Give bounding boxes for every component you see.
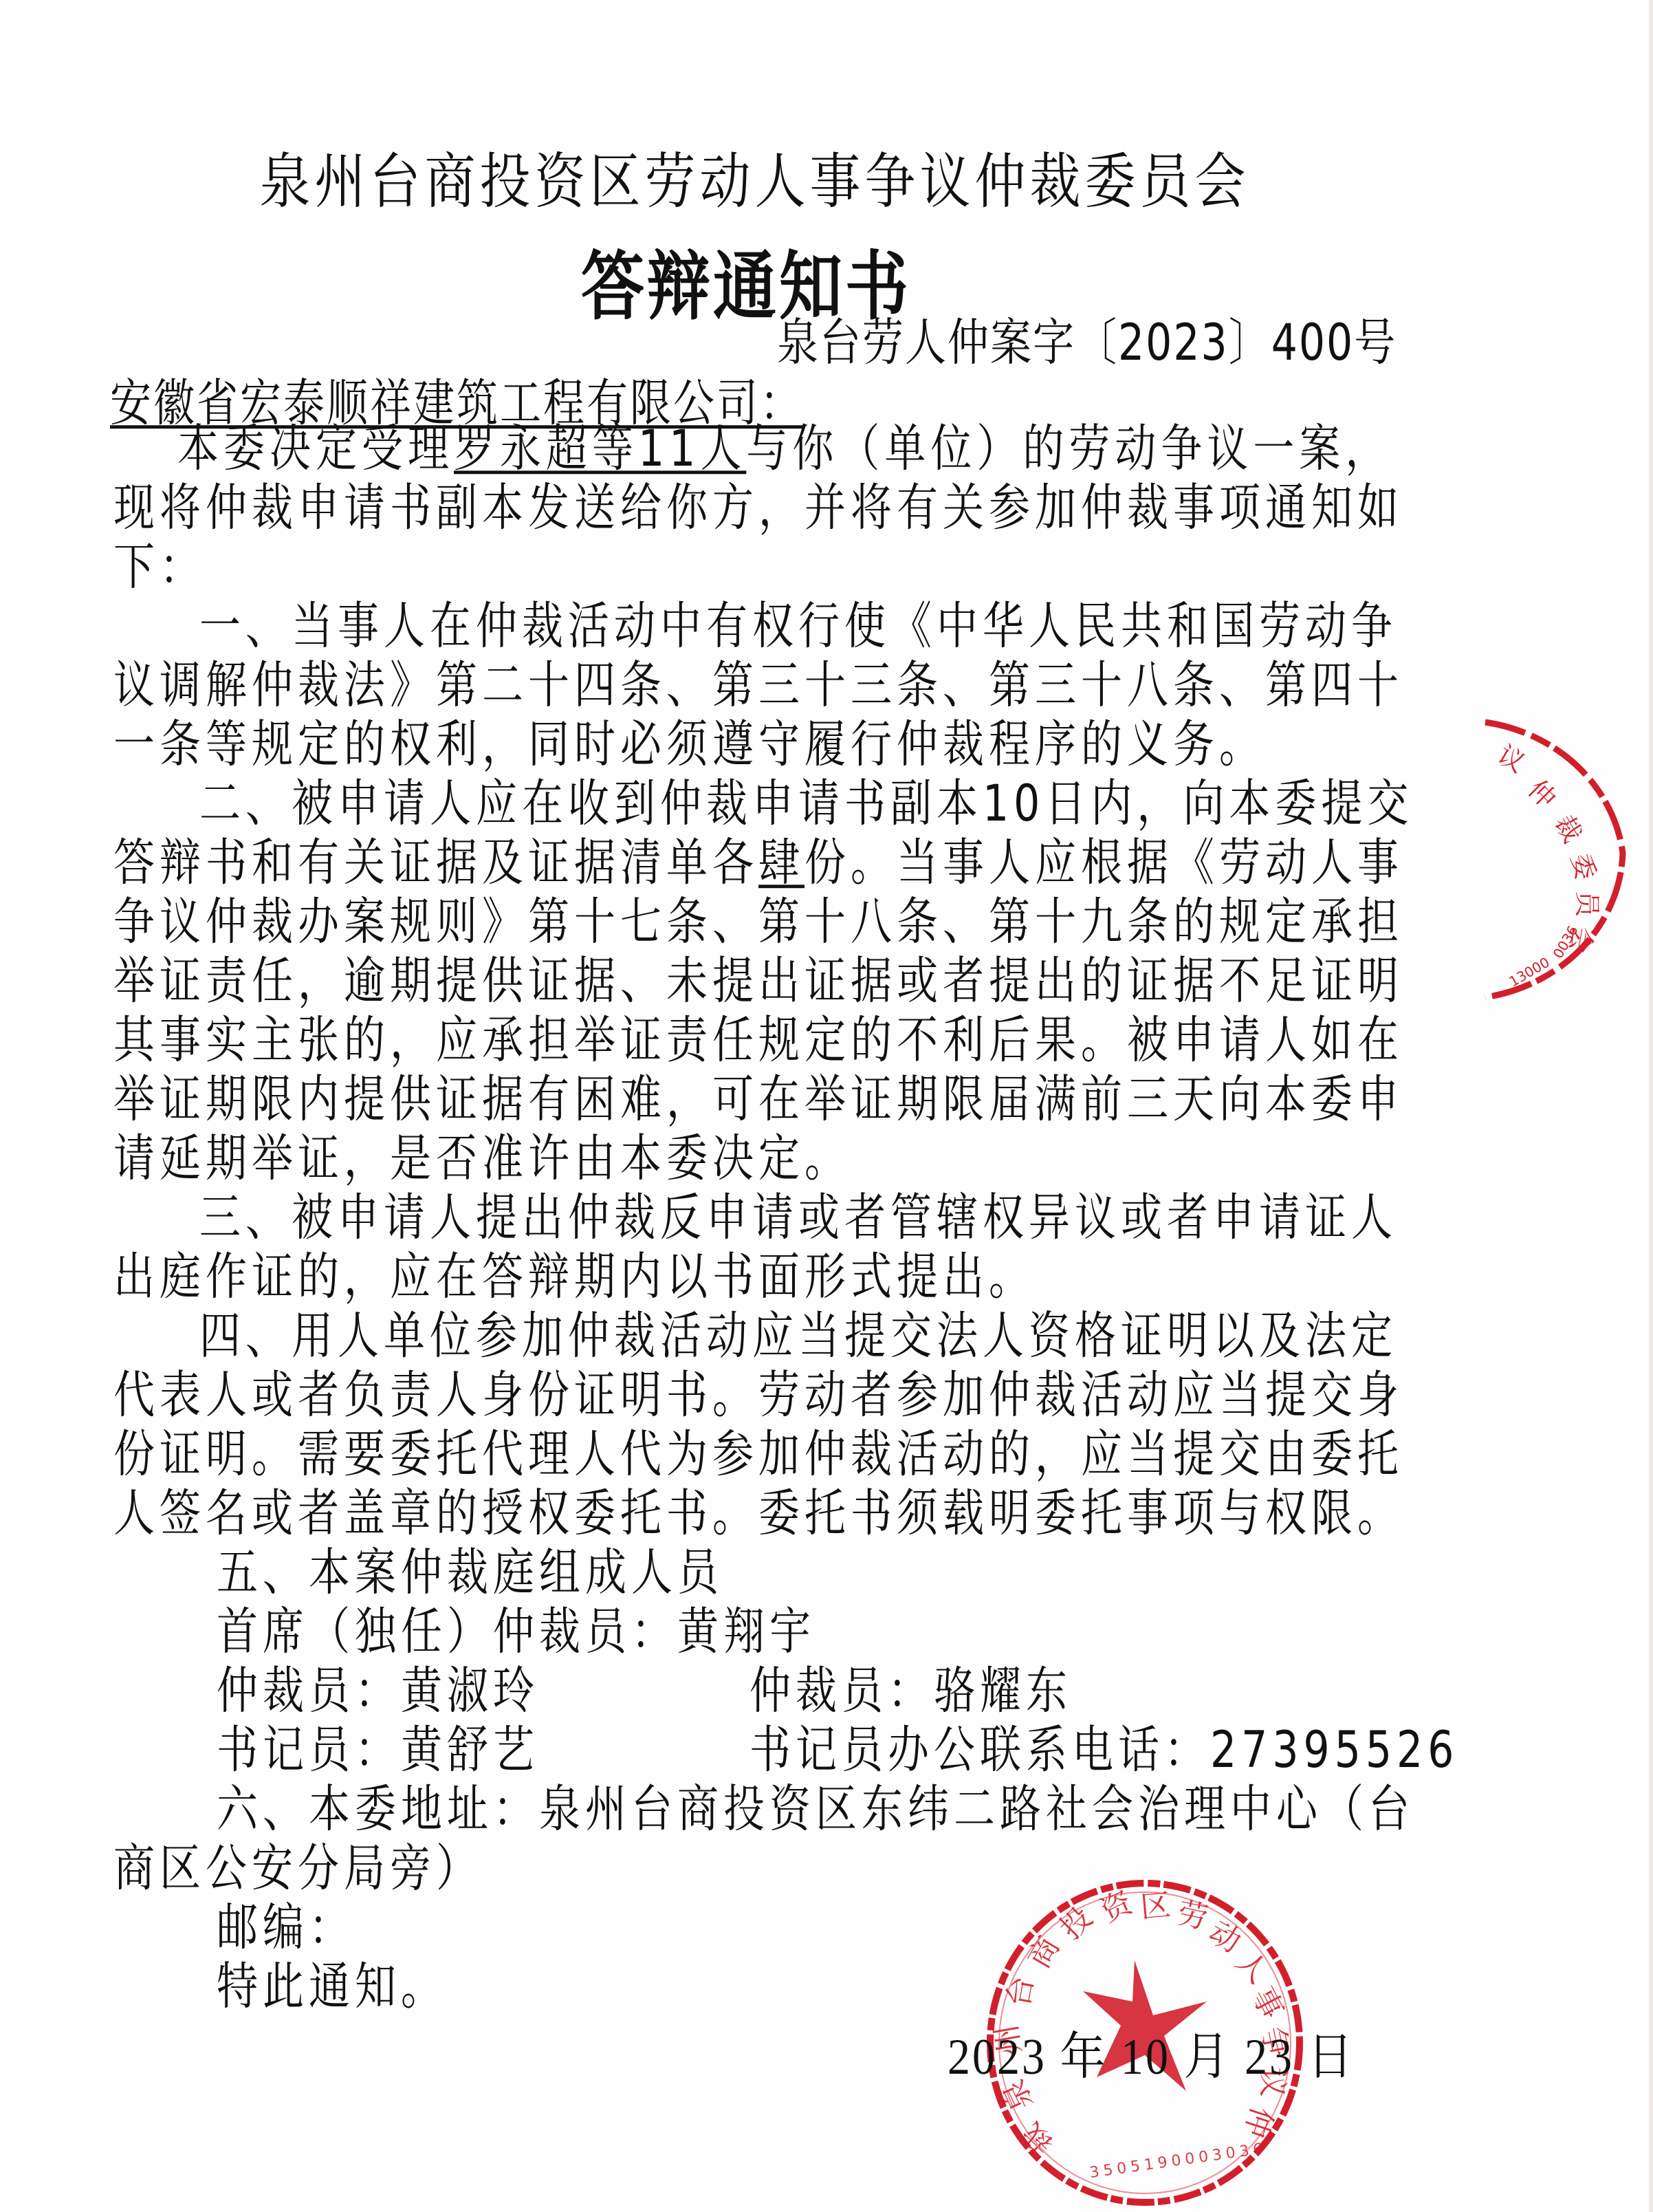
svg-text:议: 议 [1493,739,1531,779]
svg-text:3505190003036: 3505190003036 [1088,2140,1268,2182]
clerk-line: 书记员：黄舒艺 [217,1725,539,1775]
org-header: 泉州台商投资区劳动人事争议仲裁委员会 [0,134,1324,220]
item2-line-7: 请延期举证，是否准许由本委决定。 [113,1134,851,1184]
item1-line-2: 议调解仲裁法》第二十四条、第三十三条、第三十八条、第四十 [113,660,1403,711]
svg-text:人: 人 [1229,1944,1275,1991]
svg-text:区: 区 [1139,1887,1172,1925]
case-number: 泉台劳人仲案字〔2023〕400号 [777,303,1397,375]
document-page: 泉州台商投资区劳动人事争议仲裁委员会 答辩通知书 泉台劳人仲案字〔2023〕40… [0,0,1653,2212]
intro-line-3: 下： [113,542,206,592]
item2-line-4: 举证责任，逾期提供证据、未提出证据或者提出的证据不足证明 [113,956,1403,1006]
item4-line-4: 人签名或者盖章的授权委托书。委托书须载明委托事项与权限。 [113,1488,1403,1539]
svg-text:劳: 劳 [1174,1896,1212,1936]
svg-text:委: 委 [1565,850,1601,883]
item4-line-2: 代表人或者负责人身份证明书。劳动者参加仲裁活动应当提交身 [113,1370,1403,1420]
item1-line-3: 一条等规定的权利，同时必须遵守履行仲裁程序的义务。 [113,719,1265,770]
svg-text:0036: 0036 [1550,922,1581,961]
arbitrator1-name: 黄淑玲 [401,1662,539,1720]
arbitrator1-line: 仲裁员：黄淑玲 [217,1666,539,1716]
chief-arbitrator-label: 首席（独任）仲裁员： [217,1603,677,1661]
arbitrator2-label: 仲裁员： [749,1662,934,1720]
clerk-phone-label: 书记员办公联系电话： [749,1721,1210,1779]
copy-count: 肆 [758,834,804,892]
item2-text: 份。当事人应根据《劳动人事 [804,834,1403,892]
svg-text:动: 动 [1203,1914,1247,1960]
issue-date: 2023 年 10 月 23 日 [948,2015,1355,2088]
svg-text:裁: 裁 [1015,2116,1061,2162]
edge-seal-icon: 议 仲 裁 委 员 会 0036 13000 [1458,695,1653,1025]
intro-text: 与你（单位）的劳动争议一案， [746,420,1391,478]
clerk-name: 黄舒艺 [401,1721,539,1779]
svg-text:台: 台 [1001,1974,1041,2010]
item2-line-2: 答辩书和有关证据及证据清单各肆份。当事人应根据《劳动人事 [113,838,1403,888]
item2-line-5: 其事实主张的，应承担举证责任规定的不利后果。被申请人如在 [113,1015,1403,1065]
chief-arbitrator-line: 首席（独任）仲裁员：黄翔宇 [217,1607,815,1657]
svg-text:仲: 仲 [1522,774,1562,814]
svg-text:商: 商 [1021,1931,1066,1975]
applicant-names: 罗永超等11人 [454,420,746,478]
clerk-phone: 27395526 [1210,1721,1458,1779]
page-edge-shadow [1649,0,1653,2212]
arbitrator2-name: 骆耀东 [934,1662,1072,1720]
item2-line-1: 二、被申请人应在收到仲裁申请书副本10日内，向本委提交 [199,779,1413,829]
item4-line-3: 份证明。需要委托代理人代为参加仲裁活动的，应当提交由委托 [113,1429,1403,1479]
intro-line-2: 现将仲裁申请书副本发送给你方，并将有关参加仲裁事项通知如 [113,483,1403,533]
item4-line-1: 四、用人单位参加仲裁活动应当提交法人资格证明以及法定 [199,1311,1397,1361]
svg-text:仲: 仲 [1237,2103,1280,2143]
svg-text:投: 投 [1053,1900,1099,1947]
item2-line-6: 举证期限内提供证据有困难，可在举证期限届满前三天向本委申 [113,1074,1403,1125]
item5-heading: 五、本案仲裁庭组成人员 [217,1548,723,1598]
postcode-line: 邮编： [217,1902,355,1953]
svg-text:员: 员 [1572,891,1602,919]
clerk-label: 书记员： [217,1721,401,1779]
chief-arbitrator-name: 黄翔宇 [677,1603,815,1661]
clerk-phone-line: 书记员办公联系电话：27395526 [749,1725,1458,1775]
closing-line: 特此通知。 [217,1962,447,2012]
svg-text:裁: 裁 [1548,810,1588,848]
svg-text:资: 资 [1095,1885,1138,1929]
arbitrator2-line: 仲裁员：骆耀东 [749,1666,1072,1716]
arbitrator1-label: 仲裁员： [217,1662,401,1720]
item3-line-1: 三、被申请人提出仲裁反申请或者管辖权异议或者申请证人 [199,1193,1397,1243]
item6-line-1: 六、本委地址：泉州台商投资区东纬二路社会治理中心（台 [217,1784,1414,1834]
postcode-label: 邮编： [217,1898,355,1957]
item3-line-2: 出庭作证的，应在答辩期内以书面形式提出。 [113,1252,1035,1302]
item6-line-2: 商区公安分局旁） [113,1843,482,1894]
intro-line-1: 本委决定受理罗永超等11人与你（单位）的劳动争议一案， [177,424,1391,474]
item2-text: 答辩书和有关证据及证据清单各 [113,834,758,892]
svg-text:13000: 13000 [1507,954,1553,990]
item1-line-1: 一、当事人在仲裁活动中有权行使《中华人民共和国劳动争 [199,601,1397,651]
intro-text: 本委决定受理 [177,420,454,478]
svg-text:会: 会 [1564,924,1599,955]
item2-line-3: 争议仲裁办案规则》第十七条、第十八条、第十九条的规定承担 [113,897,1403,947]
